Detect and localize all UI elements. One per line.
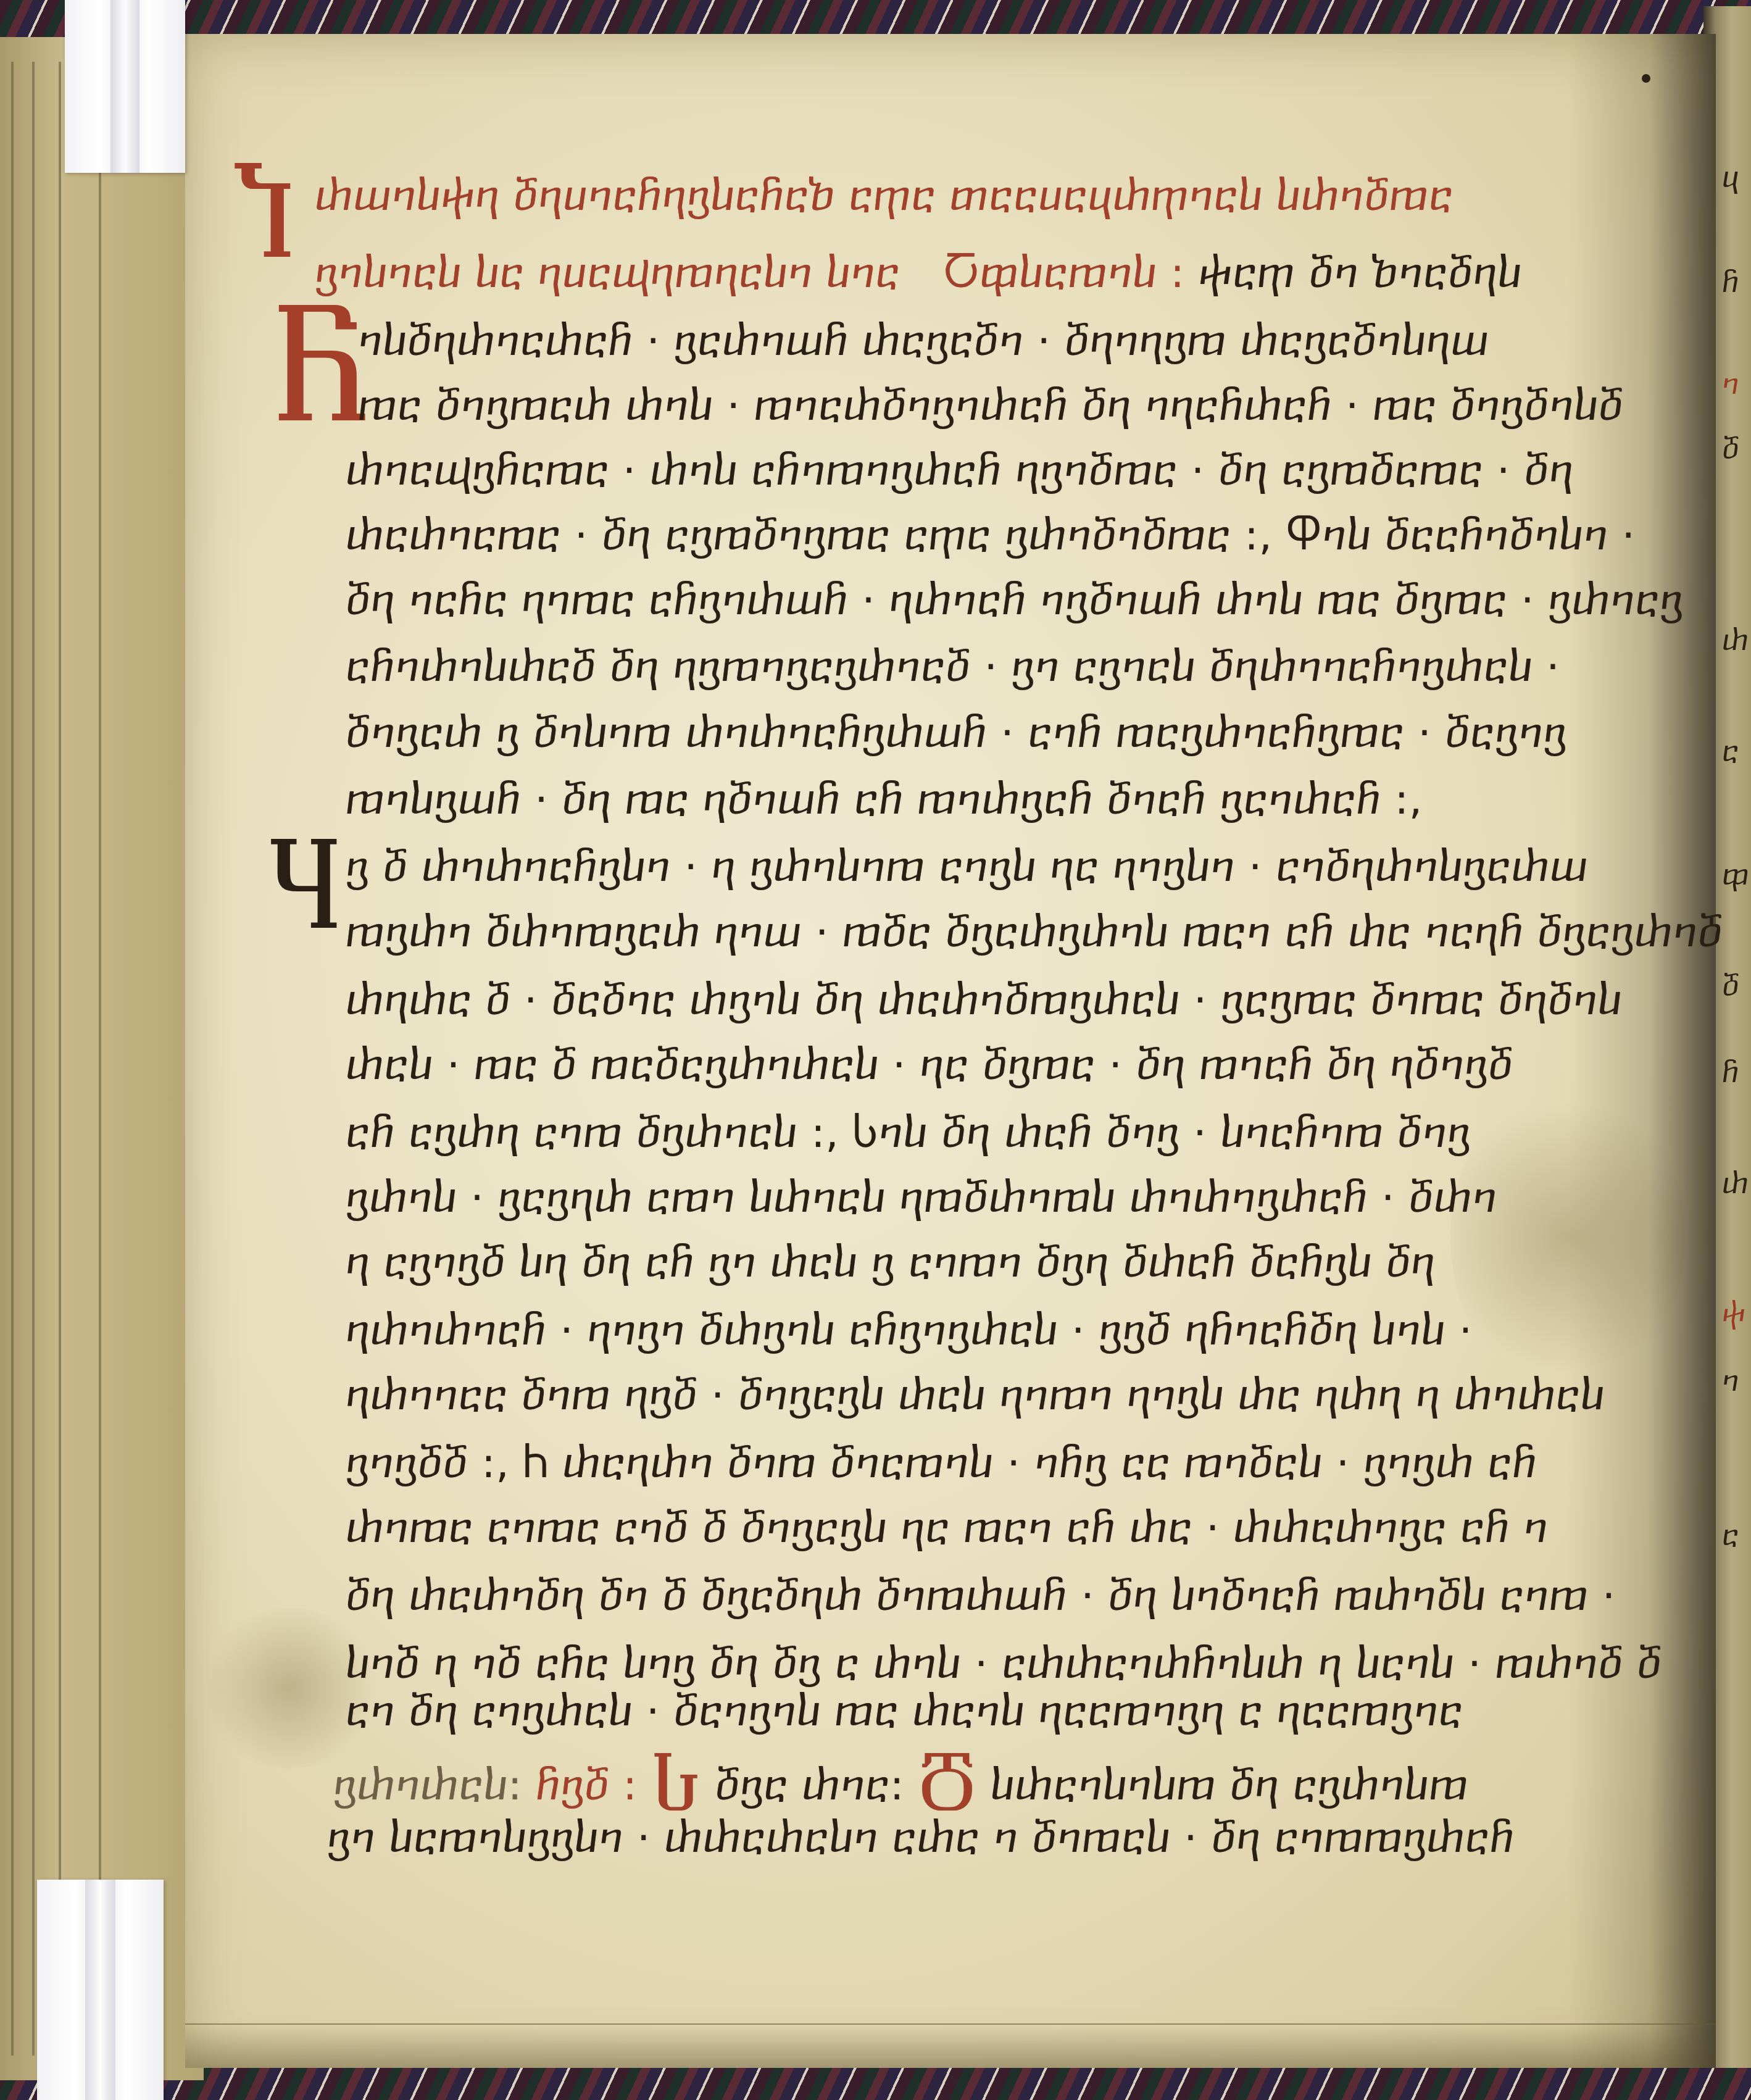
text-line: ⴈⴑⴃⴄⴐⴈⴀⴐⴀⴌ · ⴂⴀⴐⴈⴍⴌ ⴐⴀⴂⴀⴃⴈ · ⴃⴄⴈⴄⴂⴊ ⴐⴀⴂⴀ…	[358, 321, 1489, 362]
text-line: ⴄ ⴀⴂⴈⴂⴃ ⴑⴄ ⴃⴄ ⴀⴌ ⴂⴈ ⴐⴀⴑ ⴂ ⴀⴈⴊⴈ ⴃⴂⴄ ⴃⴐⴀⴌ …	[346, 1243, 1436, 1283]
rubric-segment: ⴌⴂⴃ :	[536, 1762, 637, 1809]
book-clip-top	[65, 0, 185, 173]
section-initial: Ⴗ	[265, 840, 343, 944]
text-line: ⴄⴐⴈⴐⴈⴀⴌ · ⴄⴈⴂⴈ ⴃⴐⴂⴈⴑ ⴀⴌⴂⴈⴂⴐⴀⴑ · ⴂⴂⴃ ⴄⴌⴈⴀ…	[346, 1310, 1473, 1351]
text-line: ⴐⴀⴑ · ⴊⴀ ⴃ ⴊⴀⴃⴀⴂⴐⴈⴐⴀⴑ · ⴄⴀ ⴃⴂⴊⴀ · ⴃⴄ ⴊⴈⴀ…	[346, 1045, 1513, 1086]
rubric-initial: Ⴈ	[233, 164, 296, 275]
text-line: ⴂⴈ ⴑⴀⴊⴈⴑⴂⴂⴑⴈ · ⴐⴐⴀⴐⴀⴑⴈ ⴀⴐⴀ ⴈ ⴃⴈⴊⴀⴑ · ⴃⴄ …	[327, 1818, 1515, 1859]
text-line: ⴊⴈⴑⴂⴍⴌ · ⴃⴄ ⴊⴀ ⴄⴃⴈⴍⴌ ⴀⴌ ⴊⴈⴐⴂⴀⴌ ⴃⴈⴀⴌ ⴂⴀⴈⴐ…	[346, 780, 1423, 820]
text-line: ⴂⴈⴂⴃⴃ :, Ⴙ ⴐⴀⴄⴐⴈ ⴃⴈⴊ ⴃⴈⴀⴊⴈⴑ · ⴈⴌⴂ ⴀⴀ ⴊⴈⴃ…	[346, 1443, 1537, 1484]
text-line: ⴑⴈⴃ ⴄ ⴈⴃ ⴀⴌⴀ ⴑⴈⴂ ⴃⴄ ⴃⴂ ⴀ ⴐⴈⴑ · ⴀⴐⴐⴀⴈⴐⴌⴈⴑ…	[346, 1644, 1662, 1685]
text-line: ⴃⴄ ⴈⴀⴌⴀ ⴄⴈⴊⴀ ⴀⴌⴂⴈⴐⴍⴌ · ⴄⴐⴈⴀⴌ ⴈⴂⴃⴈⴍⴌ ⴐⴈⴑ …	[346, 580, 1684, 621]
opening-initial: Ⴌ	[272, 306, 373, 441]
text-line: ⴀⴈ ⴃⴄ ⴀⴈⴂⴐⴀⴑ · ⴃⴀⴈⴂⴈⴑ ⴊⴀ ⴐⴀⴈⴑ ⴄⴀⴀⴊⴈⴂⴄ ⴀ …	[346, 1691, 1463, 1732]
text-segment: ⴃⴂⴀ ⴐⴈⴀ:	[715, 1762, 904, 1809]
text-line: ⴐⴈⴀⴓⴂⴌⴀⴊⴀ · ⴐⴈⴑ ⴀⴌⴈⴊⴈⴂⴐⴀⴌ ⴄⴂⴈⴃⴊⴀ · ⴃⴄ ⴀⴂ…	[346, 451, 1574, 491]
rubric-text: ⴂⴈⴑⴈⴀⴑ ⴑⴀ ⴄⴎⴀⴓⴄⴊⴄⴀⴑⴈ ⴑⴈⴀ	[315, 249, 900, 297]
rubric-line-2: ⴂⴈⴑⴈⴀⴑ ⴑⴀ ⴄⴎⴀⴓⴄⴊⴄⴀⴑⴈ ⴑⴈⴀ Ⴀⴔⴑⴀⴊⴈⴑ : ⴕⴀⴅ ⴃ…	[315, 253, 1522, 294]
text-line: ⴂ ⴃ ⴐⴈⴐⴈⴀⴌⴂⴑⴈ · ⴄ ⴂⴐⴈⴑⴈⴊ ⴀⴈⴂⴑ ⴄⴀ ⴄⴈⴂⴑⴈ ·…	[346, 847, 1588, 888]
book-clip-bottom	[37, 1880, 164, 2100]
text-segment: ⴑⴐⴀⴈⴑⴈⴑⴊ ⴃⴄ ⴀⴂⴐⴈⴑⴊ	[991, 1762, 1469, 1809]
rubric-text: ⴐⴍⴈⴑⴕⴄ ⴃⴄⴎⴈⴀⴌⴄⴂⴑⴀⴌⴀⴆ ⴀⴅⴀ ⴇⴀⴀⴎⴀⴗⴐⴅⴈⴀⴑ ⴑⴐⴈ…	[315, 172, 1454, 220]
text-line-mixed: ⴂⴐⴈⴐⴀⴑ: ⴌⴂⴃ : Ⴑ ⴃⴂⴀ ⴐⴈⴀ: Ⴃ ⴑⴐⴀⴈⴑⴈⴑⴊ ⴃⴄ ⴀ…	[333, 1753, 1468, 1821]
text-line: ⴄⴐⴈⴈⴀⴀ ⴃⴈⴊ ⴄⴂⴃ · ⴃⴈⴂⴀⴂⴑ ⴐⴀⴑ ⴄⴈⴊⴈ ⴄⴈⴂⴑ ⴐⴀ…	[346, 1375, 1605, 1416]
rubric-line-1: ⴐⴍⴈⴑⴕⴄ ⴃⴄⴎⴈⴀⴌⴄⴂⴑⴀⴌⴀⴆ ⴀⴅⴀ ⴇⴀⴀⴎⴀⴗⴐⴅⴈⴀⴑ ⴑⴐⴈ…	[315, 176, 1454, 217]
text-line: ⴐⴀⴐⴈⴀⴊⴀ · ⴃⴄ ⴀⴂⴊⴃⴈⴂⴊⴀ ⴀⴅⴀ ⴂⴐⴈⴃⴈⴃⴊⴀ :, Ⴔⴈ…	[346, 515, 1636, 556]
text-line: ⴀⴌⴈⴐⴈⴑⴐⴀⴃ ⴃⴄ ⴄⴂⴊⴈⴂⴀⴂⴐⴈⴀⴃ · ⴂⴈ ⴀⴂⴈⴀⴑ ⴃⴄⴐⴈ…	[346, 647, 1560, 688]
text-line: ⴀⴌ ⴀⴂⴐⴄ ⴀⴈⴊ ⴃⴂⴐⴈⴀⴑ :, Ⴑⴈⴑ ⴃⴄ ⴐⴀⴌ ⴃⴈⴂ · ⴑ…	[346, 1113, 1471, 1154]
text-line: ⴊⴀ ⴃⴈⴂⴊⴀⴐ ⴐⴈⴑ · ⴊⴈⴀⴐⴃⴈⴂⴈⴐⴀⴌ ⴃⴄ ⴈⴄⴀⴌⴐⴀⴌ ·…	[358, 386, 1624, 427]
rubric-text-black: ⴕⴀⴅ ⴃⴈ ⴆⴈⴀⴃⴄⴑ	[1199, 249, 1522, 297]
text-line: ⴂⴐⴈⴑ · ⴂⴀⴂⴄⴐ ⴀⴊⴈ ⴑⴐⴈⴀⴑ ⴄⴊⴃⴐⴈⴊⴑ ⴐⴈⴐⴈⴂⴐⴀⴌ …	[346, 1178, 1497, 1219]
text-line: ⴊⴂⴐⴈ ⴃⴐⴈⴊⴂⴀⴐ ⴄⴈⴍ · ⴊⴃⴀ ⴃⴂⴀⴐⴂⴐⴈⴑ ⴊⴀⴈ ⴀⴌ ⴐ…	[346, 912, 1723, 953]
text-block: Ⴈ Ⴌ ⴐⴍⴈⴑⴕⴄ ⴃⴄⴎⴈⴀⴌⴄⴂⴑⴀⴌⴀⴆ ⴀⴅⴀ ⴇⴀⴀⴎⴀⴗⴐⴅⴈⴀⴑ…	[0, 0, 1751, 2100]
rubric-text: Ⴀⴔⴑⴀⴊⴈⴑ	[944, 249, 1157, 297]
text-line: ⴃⴄ ⴐⴀⴐⴈⴃⴄ ⴃⴈ ⴃ ⴃⴂⴀⴃⴄⴐ ⴃⴈⴊⴐⴍⴌ · ⴃⴄ ⴑⴈⴃⴈⴀⴌ…	[346, 1576, 1616, 1617]
text-line: ⴃⴈⴂⴀⴐ ⴂ ⴃⴈⴑⴈⴊ ⴐⴈⴐⴈⴀⴌⴂⴐⴍⴌ · ⴀⴈⴌ ⴊⴀⴂⴐⴈⴀⴌⴂⴊ…	[346, 713, 1567, 754]
text-line: ⴐⴈⴊⴀ ⴀⴈⴊⴀ ⴀⴈⴃ ⴃ ⴃⴈⴂⴀⴂⴑ ⴄⴀ ⴊⴀⴈ ⴀⴌ ⴐⴀ · ⴐⴐ…	[346, 1508, 1549, 1549]
text-line: ⴐⴄⴐⴀ ⴃ · ⴃⴀⴃⴈⴀ ⴐⴂⴈⴑ ⴃⴄ ⴐⴀⴐⴈⴃⴊⴂⴐⴀⴑ · ⴂⴀⴂⴊ…	[346, 980, 1622, 1021]
text-segment: ⴂⴐⴈⴐⴀⴑ:	[333, 1762, 522, 1809]
